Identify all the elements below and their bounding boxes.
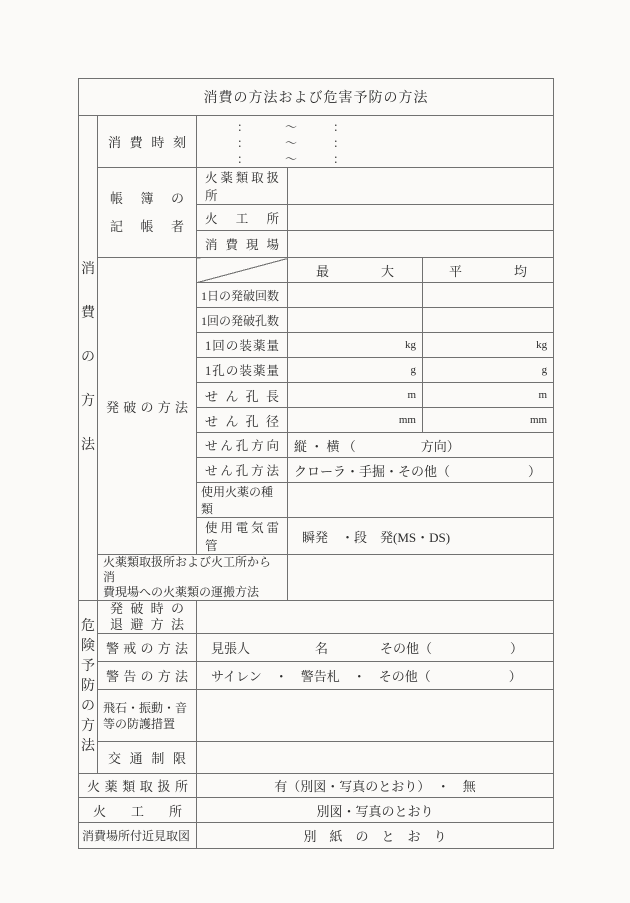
traffic-restriction-input-cell[interactable] [197,742,554,774]
protection-label-line1: 飛石・振動・音 [103,700,191,716]
row-label-electric-detonator: 使用電気雷管 [197,518,288,555]
row-label-guard-method: 警戒の方法 [98,634,197,662]
holes-per-blast-avg-input-cell[interactable] [423,308,554,333]
ledger-handling-site-input-cell[interactable] [288,168,554,205]
row-label-blasting-method: 発破の方法 [98,258,197,555]
charge-per-blast-avg-input-cell[interactable]: kg [423,333,554,358]
hole-length-max-input-cell[interactable]: m [288,383,423,408]
time-line-1[interactable]: ：〜： [237,119,553,135]
ledger-label-line1: 帳簿の [110,185,184,213]
site-map-value: 別 紙 の と お り [197,823,554,849]
guard-method-options[interactable]: 見張人 名 その他（ ） [197,634,554,662]
warning-method-options[interactable]: サイレン ・ 警告札 ・ その他（ ） [197,662,554,690]
powder-type-input-cell[interactable] [288,483,554,518]
protection-label-line2: 等の防護措置 [103,716,191,732]
charge-per-blast-max-input-cell[interactable]: kg [288,333,423,358]
row-label-pyro-site-bottom: 火工所 [79,798,197,823]
row-label-flying-rock-protection: 飛石・振動・音 等の防護措置 [98,690,197,742]
row-label-handling-site: 火薬類取扱所 [197,168,288,205]
pyro-site-value: 別図・写真のとおり [197,798,554,823]
evacuation-label-line2: 退避方法 [110,617,184,633]
row-label-handling-site-bottom: 火薬類取扱所 [79,774,197,798]
row-label-ledger-keeper: 帳簿の 記帳者 [98,168,197,258]
time-line-3[interactable]: ：〜： [237,151,553,167]
row-label-hole-length: せん孔長 [197,383,288,408]
ledger-pyro-site-input-cell[interactable] [288,205,554,231]
holes-per-blast-max-input-cell[interactable] [288,308,423,333]
row-label-hole-method: せん孔方法 [197,458,288,483]
section-label-hazard-prevention-text: 危険予防の方法 [80,617,96,757]
row-label-transport-method: 火薬類取扱所および火工所から消 費現場への火薬類の運搬方法 [98,555,288,601]
hole-diameter-max-input-cell[interactable]: mm [288,408,423,433]
consumption-method-form: 消費の方法および危害予防の方法 消費の方法 消費時刻 ：〜： ：〜： ：〜： 帳… [78,78,554,849]
transport-label-line2: 費現場への火薬類の運搬方法 [103,585,282,600]
charge-per-hole-avg-input-cell[interactable]: g [423,358,554,383]
row-label-blasts-per-day: 1日の発破回数 [197,283,288,308]
ledger-consumption-site-input-cell[interactable] [288,231,554,258]
evacuation-method-input-cell[interactable] [197,601,554,634]
section-label-consumption-method: 消費の方法 [79,116,98,601]
ledger-label-line2: 記帳者 [110,213,184,241]
hole-method-options[interactable]: クローラ・手掘・その他（ ） [288,458,554,483]
column-header-max: 最大 [288,258,423,283]
row-label-hole-direction: せん孔方向 [197,433,288,458]
hole-length-avg-input-cell[interactable]: m [423,383,554,408]
hole-diameter-avg-input-cell[interactable]: mm [423,408,554,433]
blasts-per-day-avg-input-cell[interactable] [423,283,554,308]
transport-label-line1: 火薬類取扱所および火工所から消 [103,555,282,585]
consumption-time-input-cell[interactable]: ：〜： ：〜： ：〜： [197,116,554,168]
row-label-evacuation-method: 発破時の 退避方法 [98,601,197,634]
row-label-holes-per-blast: 1回の発破孔数 [197,308,288,333]
consumption-time-lines: ：〜： ：〜： ：〜： [197,117,553,167]
row-label-powder-type: 使用火薬の種類 [197,483,288,518]
row-label-traffic-restriction: 交通制限 [98,742,197,774]
electric-detonator-options[interactable]: 瞬発 ・段 発(MS・DS) [288,518,554,555]
max-avg-diagonal-header [197,258,288,283]
evacuation-label-line1: 発破時の [110,601,184,617]
handling-site-options[interactable]: 有（別図・写真のとおり） ・ 無 [197,774,554,798]
form-title: 消費の方法および危害予防の方法 [79,79,554,116]
row-label-consumption-site: 消費現場 [197,231,288,258]
column-header-average: 平均 [423,258,554,283]
row-label-charge-per-hole: 1孔の装薬量 [197,358,288,383]
row-label-warning-method: 警告の方法 [98,662,197,690]
row-label-pyro-site: 火工所 [197,205,288,231]
section-label-hazard-prevention: 危険予防の方法 [79,601,98,774]
charge-per-hole-max-input-cell[interactable]: g [288,358,423,383]
hole-direction-options[interactable]: 縦 ・ 横 （ 方向） [288,433,554,458]
transport-method-input-cell[interactable] [288,555,554,601]
flying-rock-protection-input-cell[interactable] [197,690,554,742]
section-label-consumption-text: 消費の方法 [80,248,96,468]
time-line-2[interactable]: ：〜： [237,135,553,151]
row-label-consumption-time: 消費時刻 [98,116,197,168]
row-label-charge-per-blast: 1回の装薬量 [197,333,288,358]
blasts-per-day-max-input-cell[interactable] [288,283,423,308]
row-label-hole-diameter: せん孔径 [197,408,288,433]
row-label-site-map: 消費場所付近見取図 [79,823,197,849]
